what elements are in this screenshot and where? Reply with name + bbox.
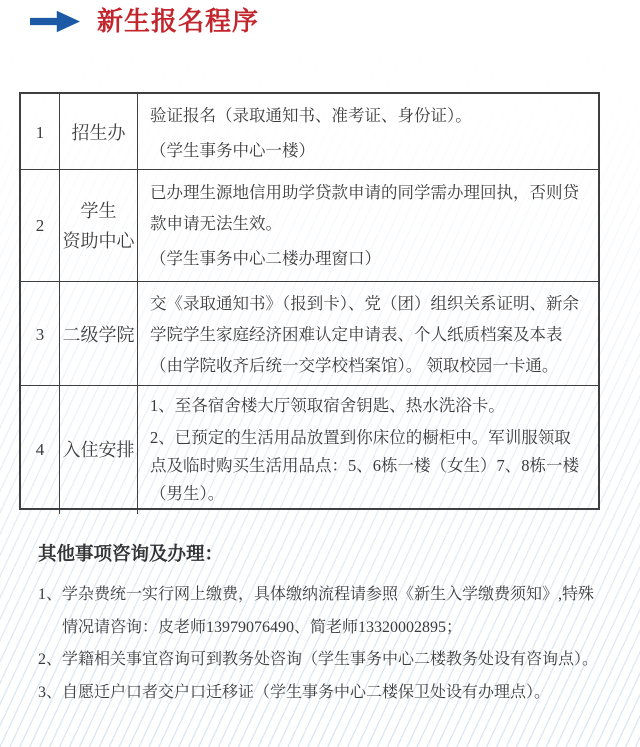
row-number: 1: [21, 94, 59, 172]
description-line: 2、已预定的生活用品放置到你床位的橱柜中。军训服领取点及临时购买生活用品点：5、…: [150, 424, 584, 508]
right-arrow-icon: [30, 8, 80, 35]
description-line: 已办理生源地信用助学贷款申请的同学需办理回执，否则贷款申请无法生效。: [150, 177, 584, 239]
table-row: 3 二级学院 交《录取通知书》（报到卡）、党（团）组织关系证明、新余学院学生家庭…: [21, 281, 598, 385]
page-title: 新生报名程序: [97, 6, 259, 36]
document-page: 新生报名程序 1 招生办 验证报名（录取通知书、准考证、身份证）。 （学生事务中…: [0, 0, 640, 747]
row-description: 1、至各宿舍楼大厅领取宿舍钥匙、热水洗浴卡。 2、已预定的生活用品放置到你床位的…: [137, 386, 598, 514]
row-description: 已办理生源地信用助学贷款申请的同学需办理回执，否则贷款申请无法生效。 （学生事务…: [137, 170, 598, 281]
other-matters-section: 其他事项咨询及办理： 1、学杂费统一实行网上缴费，具体缴纳流程请参照《新生入学缴…: [38, 540, 626, 709]
row-description: 验证报名（录取通知书、准考证、身份证）。 （学生事务中心一楼）: [137, 94, 598, 172]
description-line: 1、至各宿舍楼大厅领取宿舍钥匙、热水洗浴卡。: [150, 392, 584, 420]
note-line: 1、学杂费统一实行网上缴费，具体缴纳流程请参照《新生入学缴费须知》,特殊: [38, 579, 626, 612]
row-department: 入住安排: [59, 386, 137, 514]
note-line: 2、学籍相关事宜咨询可到教务处咨询（学生事务中心二楼教务处设有咨询点）。: [38, 644, 626, 677]
table-row: 1 招生办 验证报名（录取通知书、准考证、身份证）。 （学生事务中心一楼）: [21, 94, 598, 169]
row-department: 学生 资助中心: [59, 170, 137, 281]
row-department: 招生办: [59, 94, 137, 172]
table-row: 4 入住安排 1、至各宿舍楼大厅领取宿舍钥匙、热水洗浴卡。 2、已预定的生活用品…: [21, 385, 598, 508]
description-line: （学生事务中心一楼）: [150, 135, 584, 166]
description-line: 交《录取通知书》（报到卡）、党（团）组织关系证明、新余学院学生家庭经济困难认定申…: [150, 288, 584, 381]
table-row: 2 学生 资助中心 已办理生源地信用助学贷款申请的同学需办理回执，否则贷款申请无…: [21, 169, 598, 281]
row-number: 3: [21, 282, 59, 387]
registration-procedure-table: 1 招生办 验证报名（录取通知书、准考证、身份证）。 （学生事务中心一楼） 2 …: [19, 92, 600, 510]
row-department: 二级学院: [59, 282, 137, 387]
page-header: 新生报名程序: [30, 6, 259, 36]
row-number: 2: [21, 170, 59, 281]
description-line: （学生事务中心二楼办理窗口）: [150, 243, 584, 274]
row-description: 交《录取通知书》（报到卡）、党（团）组织关系证明、新余学院学生家庭经济困难认定申…: [137, 282, 598, 387]
description-line: 验证报名（录取通知书、准考证、身份证）。: [150, 100, 584, 131]
notes-heading: 其他事项咨询及办理：: [38, 540, 626, 566]
row-number: 4: [21, 386, 59, 514]
note-line: 情况请咨询：皮老师13979076490、简老师13320002895；: [38, 612, 626, 645]
note-line: 3、自愿迁户口者交户口迁移证（学生事务中心二楼保卫处设有办理点）。: [38, 677, 626, 710]
